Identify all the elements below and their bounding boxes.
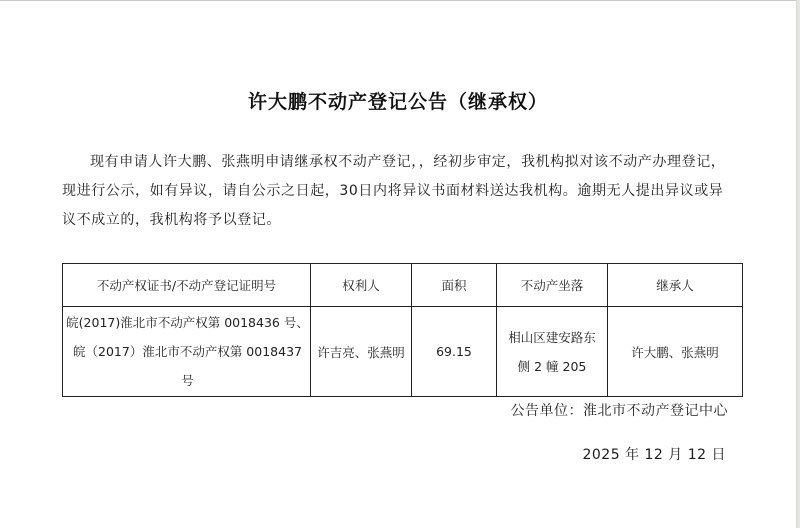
cell-area: 69.15 — [412, 307, 497, 397]
document-page: 许大鹏不动产登记公告（继承权） 现有申请人许大鹏、张燕明申请继承权不动产登记，，… — [0, 0, 796, 528]
location-line: 侧 2 幢 205 — [497, 352, 607, 381]
header-owner: 权利人 — [311, 264, 412, 307]
header-heir: 继承人 — [608, 264, 743, 307]
notice-table: 不动产权证书/不动产登记证明号 权利人 面积 不动产坐落 继承人 皖(2017)… — [62, 263, 743, 397]
cell-heir: 许大鹏、张燕明 — [608, 307, 743, 397]
certificate-line: 皖(2017)淮北市不动产权第 0018436 号、 — [65, 308, 310, 337]
page-top-border — [0, 0, 800, 1]
certificate-line: 皖（2017）淮北市不动产权第 0018437 号 — [65, 337, 310, 395]
window-edge-scrollbar — [796, 0, 800, 528]
location-line: 相山区建安路东 — [497, 323, 607, 352]
notice-body: 现有申请人许大鹏、张燕明申请继承权不动产登记，，经初步审定，我机构拟对该不动产办… — [62, 148, 732, 235]
issuer-line: 公告单位：淮北市不动产登记中心 — [511, 400, 729, 420]
cell-location: 相山区建安路东 侧 2 幢 205 — [497, 307, 608, 397]
table-row: 皖(2017)淮北市不动产权第 0018436 号、 皖（2017）淮北市不动产… — [63, 307, 743, 397]
header-location: 不动产坐落 — [497, 264, 608, 307]
cell-certificate: 皖(2017)淮北市不动产权第 0018436 号、 皖（2017）淮北市不动产… — [63, 307, 311, 397]
issue-date: 2025 年 12 月 12 日 — [582, 444, 726, 464]
cell-owner: 许吉亮、张燕明 — [311, 307, 412, 397]
table-header-row: 不动产权证书/不动产登记证明号 权利人 面积 不动产坐落 继承人 — [63, 264, 743, 307]
notice-title: 许大鹏不动产登记公告（继承权） — [0, 87, 796, 114]
header-area: 面积 — [412, 264, 497, 307]
header-certificate: 不动产权证书/不动产登记证明号 — [63, 264, 311, 307]
